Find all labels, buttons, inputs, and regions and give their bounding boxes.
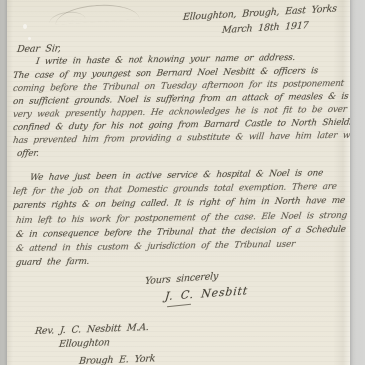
- paper-speck: [23, 24, 27, 29]
- body-line: The case of my youngest son Bernard Noel…: [12, 66, 318, 81]
- body-line: has prevented him from providing a subst…: [12, 130, 350, 146]
- body-line: left for the job on that Domestic ground…: [12, 182, 337, 197]
- body-line: & attend in this custom & jurisdiction o…: [15, 240, 295, 254]
- salutation: Dear Sir,: [16, 43, 61, 55]
- footer-address-line: Elloughton: [58, 337, 110, 350]
- body-line: We have just been in active service & ho…: [29, 168, 323, 183]
- body-line: & in consequence before the Tribunal tha…: [15, 225, 346, 240]
- opening-line: I write in haste & not knowing your name…: [35, 53, 295, 67]
- paper-speck: [28, 37, 31, 40]
- heading-date: March 18th 1917: [222, 20, 309, 36]
- closing: Yours sincerely: [145, 271, 219, 287]
- body-line: him left to his work for postponement of…: [15, 211, 347, 226]
- letter-paper: Elloughton, Brough, East Yorks March 18t…: [7, 0, 350, 365]
- signature: J. C. Nesbitt: [164, 284, 248, 303]
- signature-flourish: [167, 304, 191, 308]
- body-line: guard the farm.: [15, 257, 89, 268]
- footer-name: Rev. J. C. Nesbitt M.A.: [34, 322, 149, 337]
- body-line: offer.: [16, 149, 39, 159]
- body-line: parents rights & on being called. It is …: [12, 196, 345, 211]
- letter-photograph: Elloughton, Brough, East Yorks March 18t…: [0, 0, 365, 365]
- heading-address: Elloughton, Brough, East Yorks: [183, 3, 338, 23]
- footer-address-line: Brough E. York: [78, 353, 155, 365]
